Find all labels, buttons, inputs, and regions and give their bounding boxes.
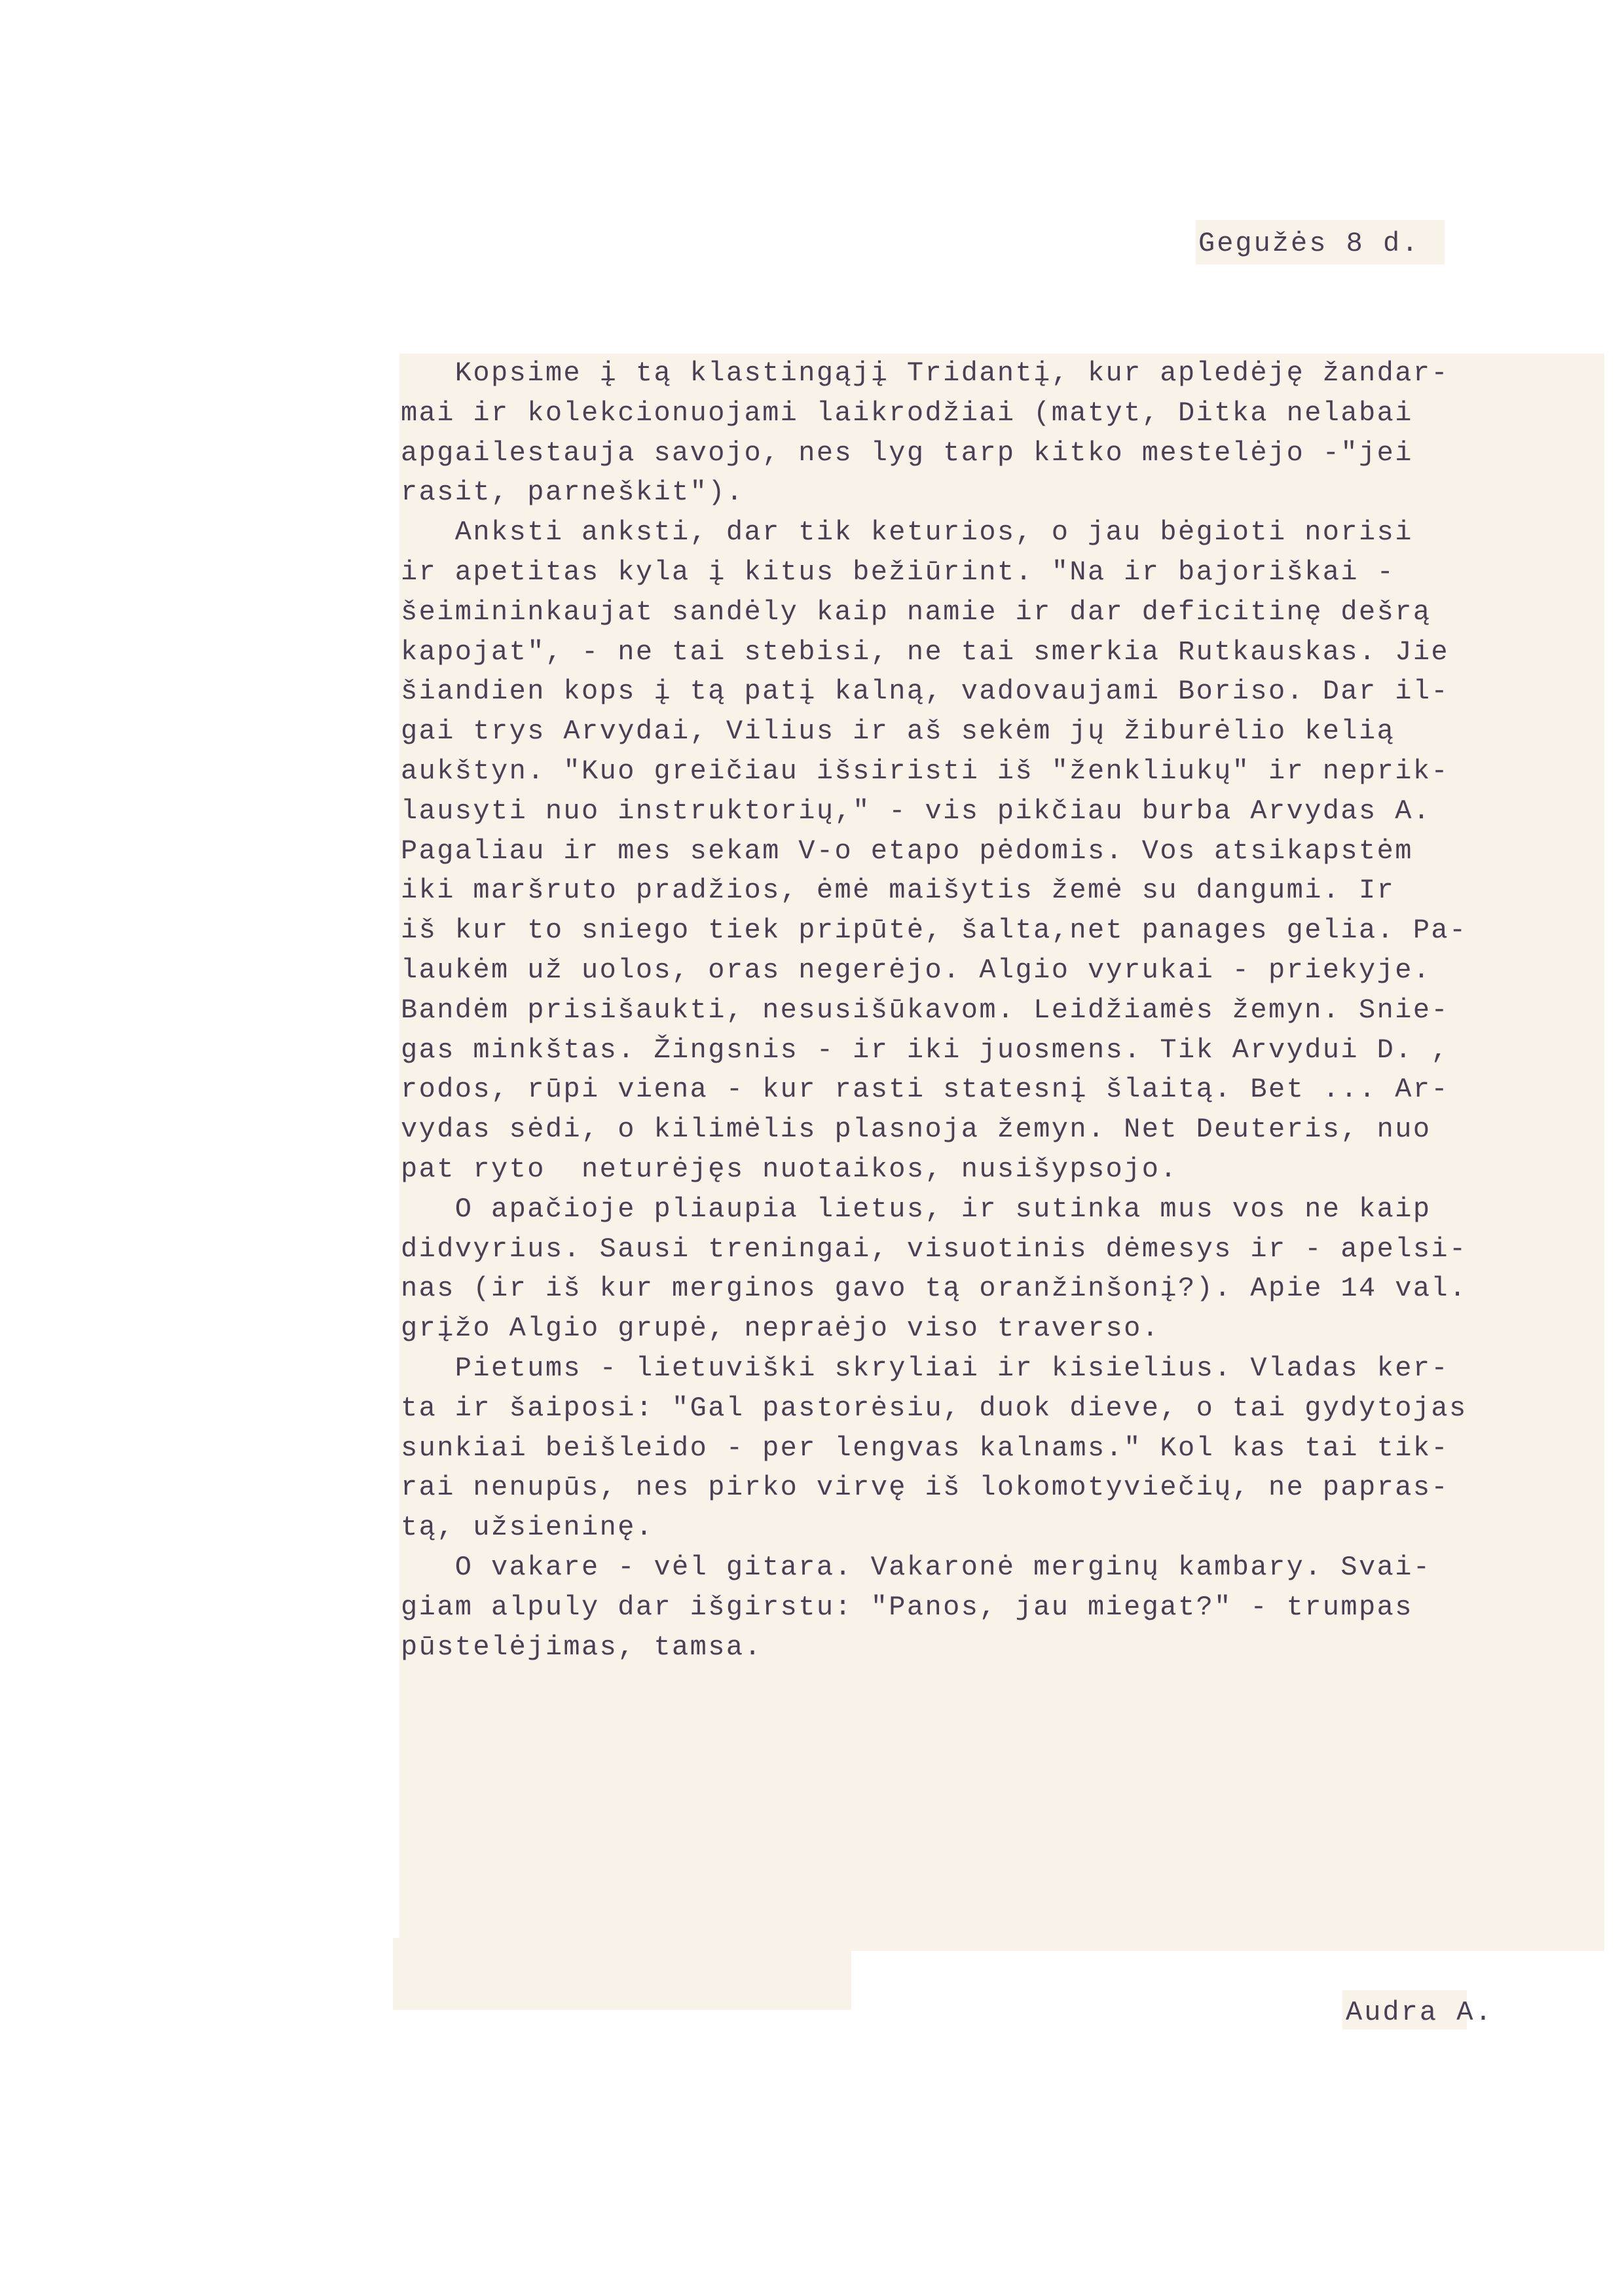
author-signature: Audra A. [1346, 1997, 1494, 2028]
text-line: gas minkštas. Žingsnis - ir iki juosmens… [401, 1030, 1624, 1070]
text-line: pat ryto neturėjęs nuotaikos, nusišypsoj… [401, 1150, 1624, 1190]
text-line: Pietums - lietuviški skryliai ir kisieli… [401, 1349, 1624, 1389]
text-line: laukėm už uolos, oras negerėjo. Algio vy… [401, 951, 1624, 991]
text-line: rai nenupūs, nes pirko virvę iš lokomoty… [401, 1468, 1624, 1508]
text-line: Bandėm prisišaukti, nesusišūkavom. Leidž… [401, 991, 1624, 1030]
text-line: iki maršruto pradžios, ėmė maišytis žemė… [401, 871, 1624, 911]
text-line: vydas sėdi, o kilimėlis plasnoja žemyn. … [401, 1110, 1624, 1150]
text-line: giam alpuly dar išgirstu: "Panos, jau mi… [401, 1588, 1624, 1628]
text-line: sunkiai beišleido - per lengvas kalnams.… [401, 1429, 1624, 1468]
text-line: Kopsime į tą klastingąjį Tridantį, kur a… [401, 354, 1624, 393]
text-line: šiandien kops į tą patį kalną, vadovauja… [401, 672, 1624, 712]
text-line: rodos, rūpi viena - kur rasti statesnį š… [401, 1070, 1624, 1110]
text-line: kapojat", - ne tai stebisi, ne tai smerk… [401, 632, 1624, 672]
text-line: nas (ir iš kur merginos gavo tą oranžinš… [401, 1269, 1624, 1309]
text-line: ir apetitas kyla į kitus bežiūrint. "Na … [401, 553, 1624, 592]
text-line: Pagaliau ir mes sekam V-o etapo pėdomis.… [401, 831, 1624, 871]
text-line: ta ir šaiposi: "Gal pastorėsiu, duok die… [401, 1389, 1624, 1429]
text-line: apgailestauja savojo, nes lyg tarp kitko… [401, 433, 1624, 473]
diary-entry-body: Kopsime į tą klastingąjį Tridantį, kur a… [401, 354, 1624, 1667]
paper-patch-body-end [393, 1938, 851, 2010]
text-line: mai ir kolekcionuojami laikrodžiai (maty… [401, 393, 1624, 433]
text-line: didvyrius. Sausi treningai, visuotinis d… [401, 1230, 1624, 1269]
text-line: grįžo Algio grupė, nepraėjo viso travers… [401, 1309, 1624, 1349]
text-line: lausyti nuo instruktorių," - vis pikčiau… [401, 792, 1624, 831]
text-line: pūstelėjimas, tamsa. [401, 1628, 1624, 1667]
text-line: iš kur to sniego tiek pripūtė, šalta,net… [401, 911, 1624, 951]
date-heading: Gegužės 8 d. [1198, 228, 1420, 259]
text-line: Anksti anksti, dar tik keturios, o jau b… [401, 513, 1624, 553]
text-line: tą, užsieninę. [401, 1508, 1624, 1548]
text-line: O apačioje pliaupia lietus, ir sutinka m… [401, 1190, 1624, 1230]
text-line: gai trys Arvydai, Vilius ir aš sekėm jų … [401, 712, 1624, 752]
text-line: aukštyn. "Kuo greičiau išsiristi iš "žen… [401, 752, 1624, 792]
text-line: O vakare - vėl gitara. Vakaronė merginų … [401, 1548, 1624, 1588]
text-line: rasit, parneškit"). [401, 473, 1624, 513]
text-line: šeimininkaujat sandėly kaip namie ir dar… [401, 592, 1624, 632]
